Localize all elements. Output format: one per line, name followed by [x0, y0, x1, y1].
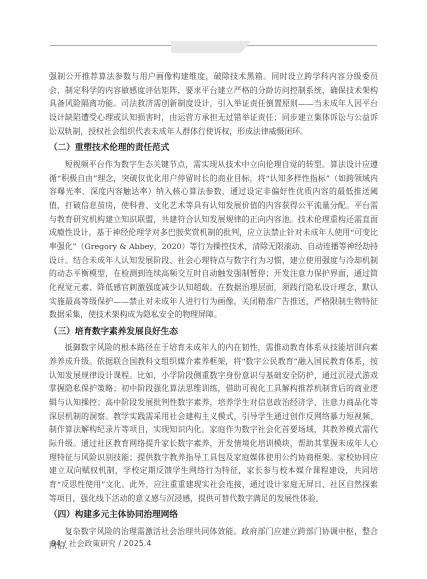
section-heading-3: （三）培育数字素养发展良好生态	[49, 326, 378, 340]
section-heading-2: （二）重塑技术伦理的责任范式	[49, 142, 378, 156]
paragraph-continued: 强制公开推荐算法参数与用户画像构建维度，破除技术黑箱。同时设立跨学科内容分级委员…	[49, 70, 378, 138]
section-heading-4: （四）构建多元主体协同治理网络	[49, 509, 378, 523]
document-page: 强制公开推荐算法参数与用户画像构建维度，破除技术黑箱。同时设立跨学科内容分级委员…	[0, 0, 427, 579]
paragraph-section-3: 抵御数字风险的根本路径在于培育未成年人的内在韧性，需推动教育体系从技能培训向素养…	[49, 341, 378, 505]
paragraph-section-2: 短视频平台作为数字生态关键节点，需实现从技术中立向伦理自觉的转型。算法设计应遵循…	[49, 158, 378, 322]
header-trapezoid-decoration	[171, 41, 251, 53]
page-footer: 94 / 社会政策研究 / 2025.4	[51, 538, 152, 549]
article-body: 强制公开推荐算法参数与用户画像构建维度，破除技术黑箱。同时设立跨学科内容分级委员…	[49, 70, 378, 552]
